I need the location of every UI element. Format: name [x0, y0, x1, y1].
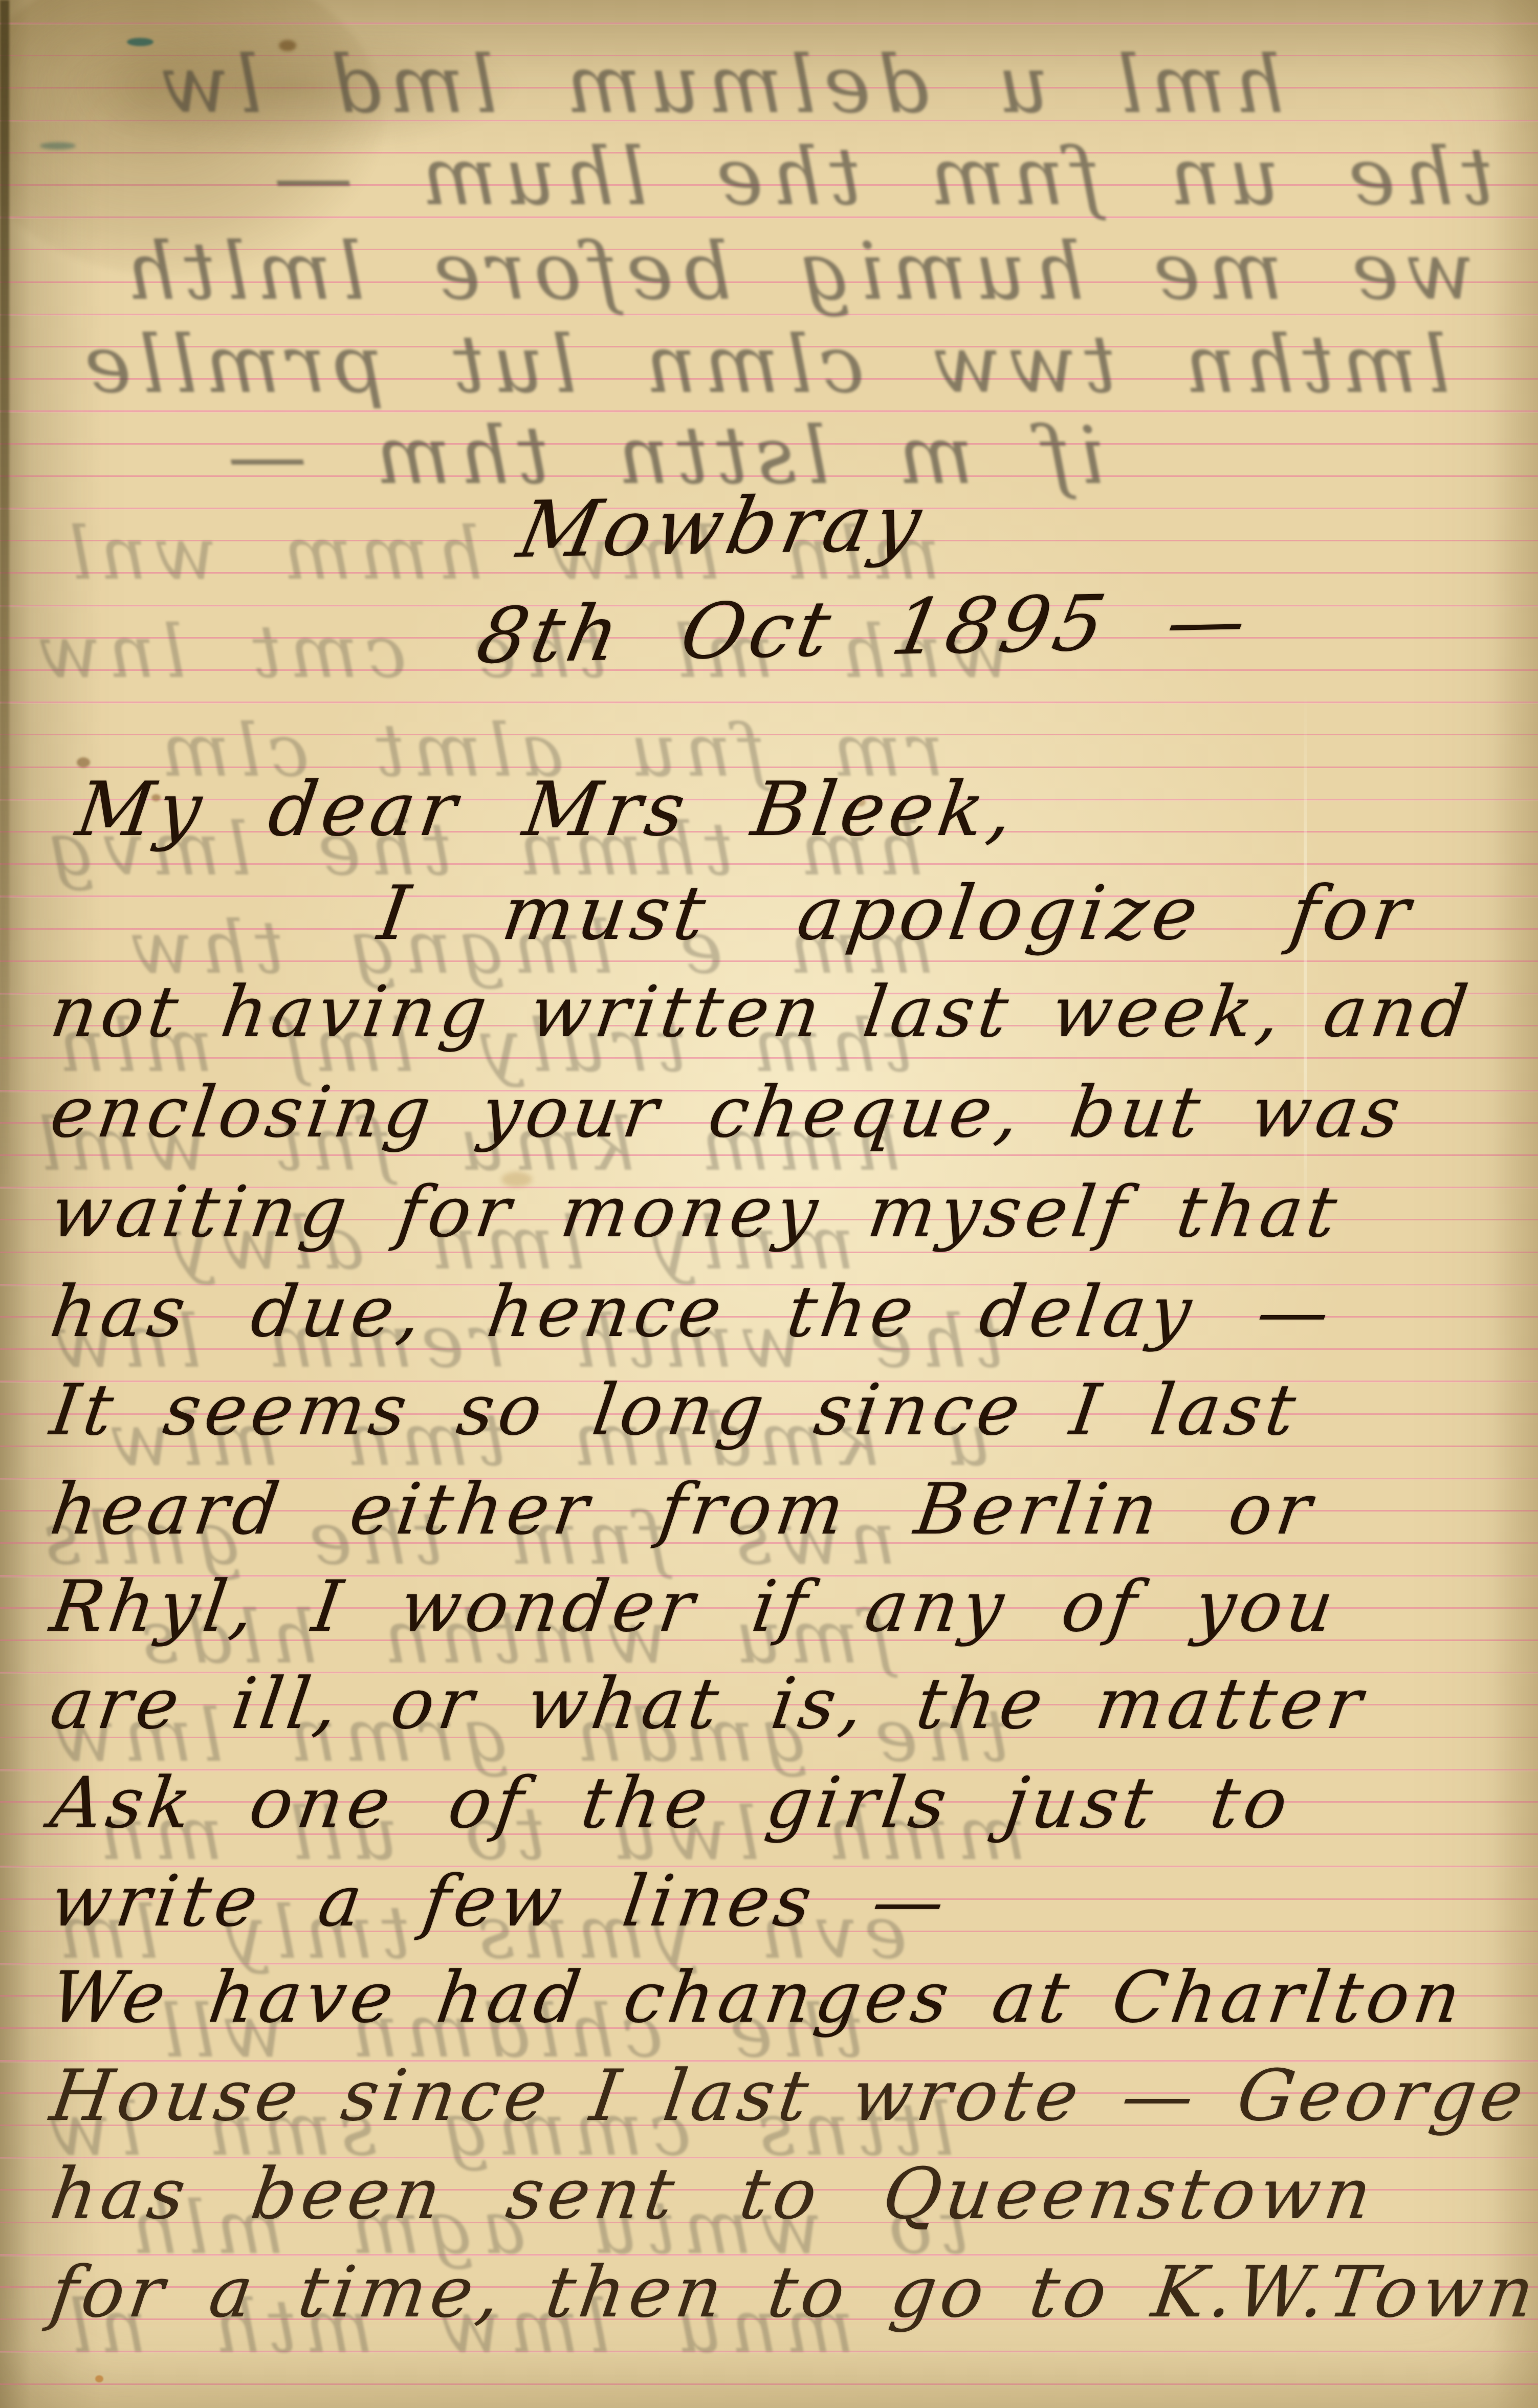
letter-line: Ask one of the girls just to [46, 1764, 1297, 1842]
letter-line: for a time, then to go to K.W.Town [46, 2253, 1538, 2331]
letter-line: waiting for money myself that [46, 1173, 1346, 1251]
letter-line: I must apologize for [373, 872, 1419, 955]
letter-line: has due, hence the delay — [46, 1273, 1338, 1351]
letter-line: heard either from Berlin or [46, 1471, 1321, 1548]
letter-line: not having written last week, and [46, 973, 1477, 1051]
letter-line: enclosing your cheque, but was [46, 1074, 1409, 1151]
letter-line: write a few lines — [46, 1863, 954, 1940]
bleedthrough-line: lmthn tww clmn lut prmlle [77, 318, 1450, 411]
bleedthrough-line: we me humig before lmlth [118, 225, 1474, 318]
bleedthrough-line: hml u delmum lmd lw [153, 38, 1285, 131]
letter-scan: hml u delmum lmd lw the un fnm the lhum … [0, 0, 1538, 2408]
letter-line: We have had changes at Charlton [46, 1959, 1469, 2037]
letter-line: are ill, or what is, the matter [46, 1665, 1371, 1743]
page-edge-shadow [0, 0, 9, 1177]
letter-line: House since I last wrote — George [46, 2057, 1533, 2135]
letter-line: Rhyl, I wonder if any of you [46, 1568, 1343, 1646]
letter-line: It seems so long since I last [46, 1371, 1305, 1449]
bleedthrough-line: the un fnm the lhum — [266, 130, 1493, 223]
letter-date: 8th Oct 1895 — [471, 579, 1258, 679]
letter-place: Mowbray [512, 480, 932, 573]
letter-line: has been sent to Queenstown [46, 2155, 1380, 2233]
letter-salutation: My dear Mrs Bleek, [72, 769, 1022, 851]
